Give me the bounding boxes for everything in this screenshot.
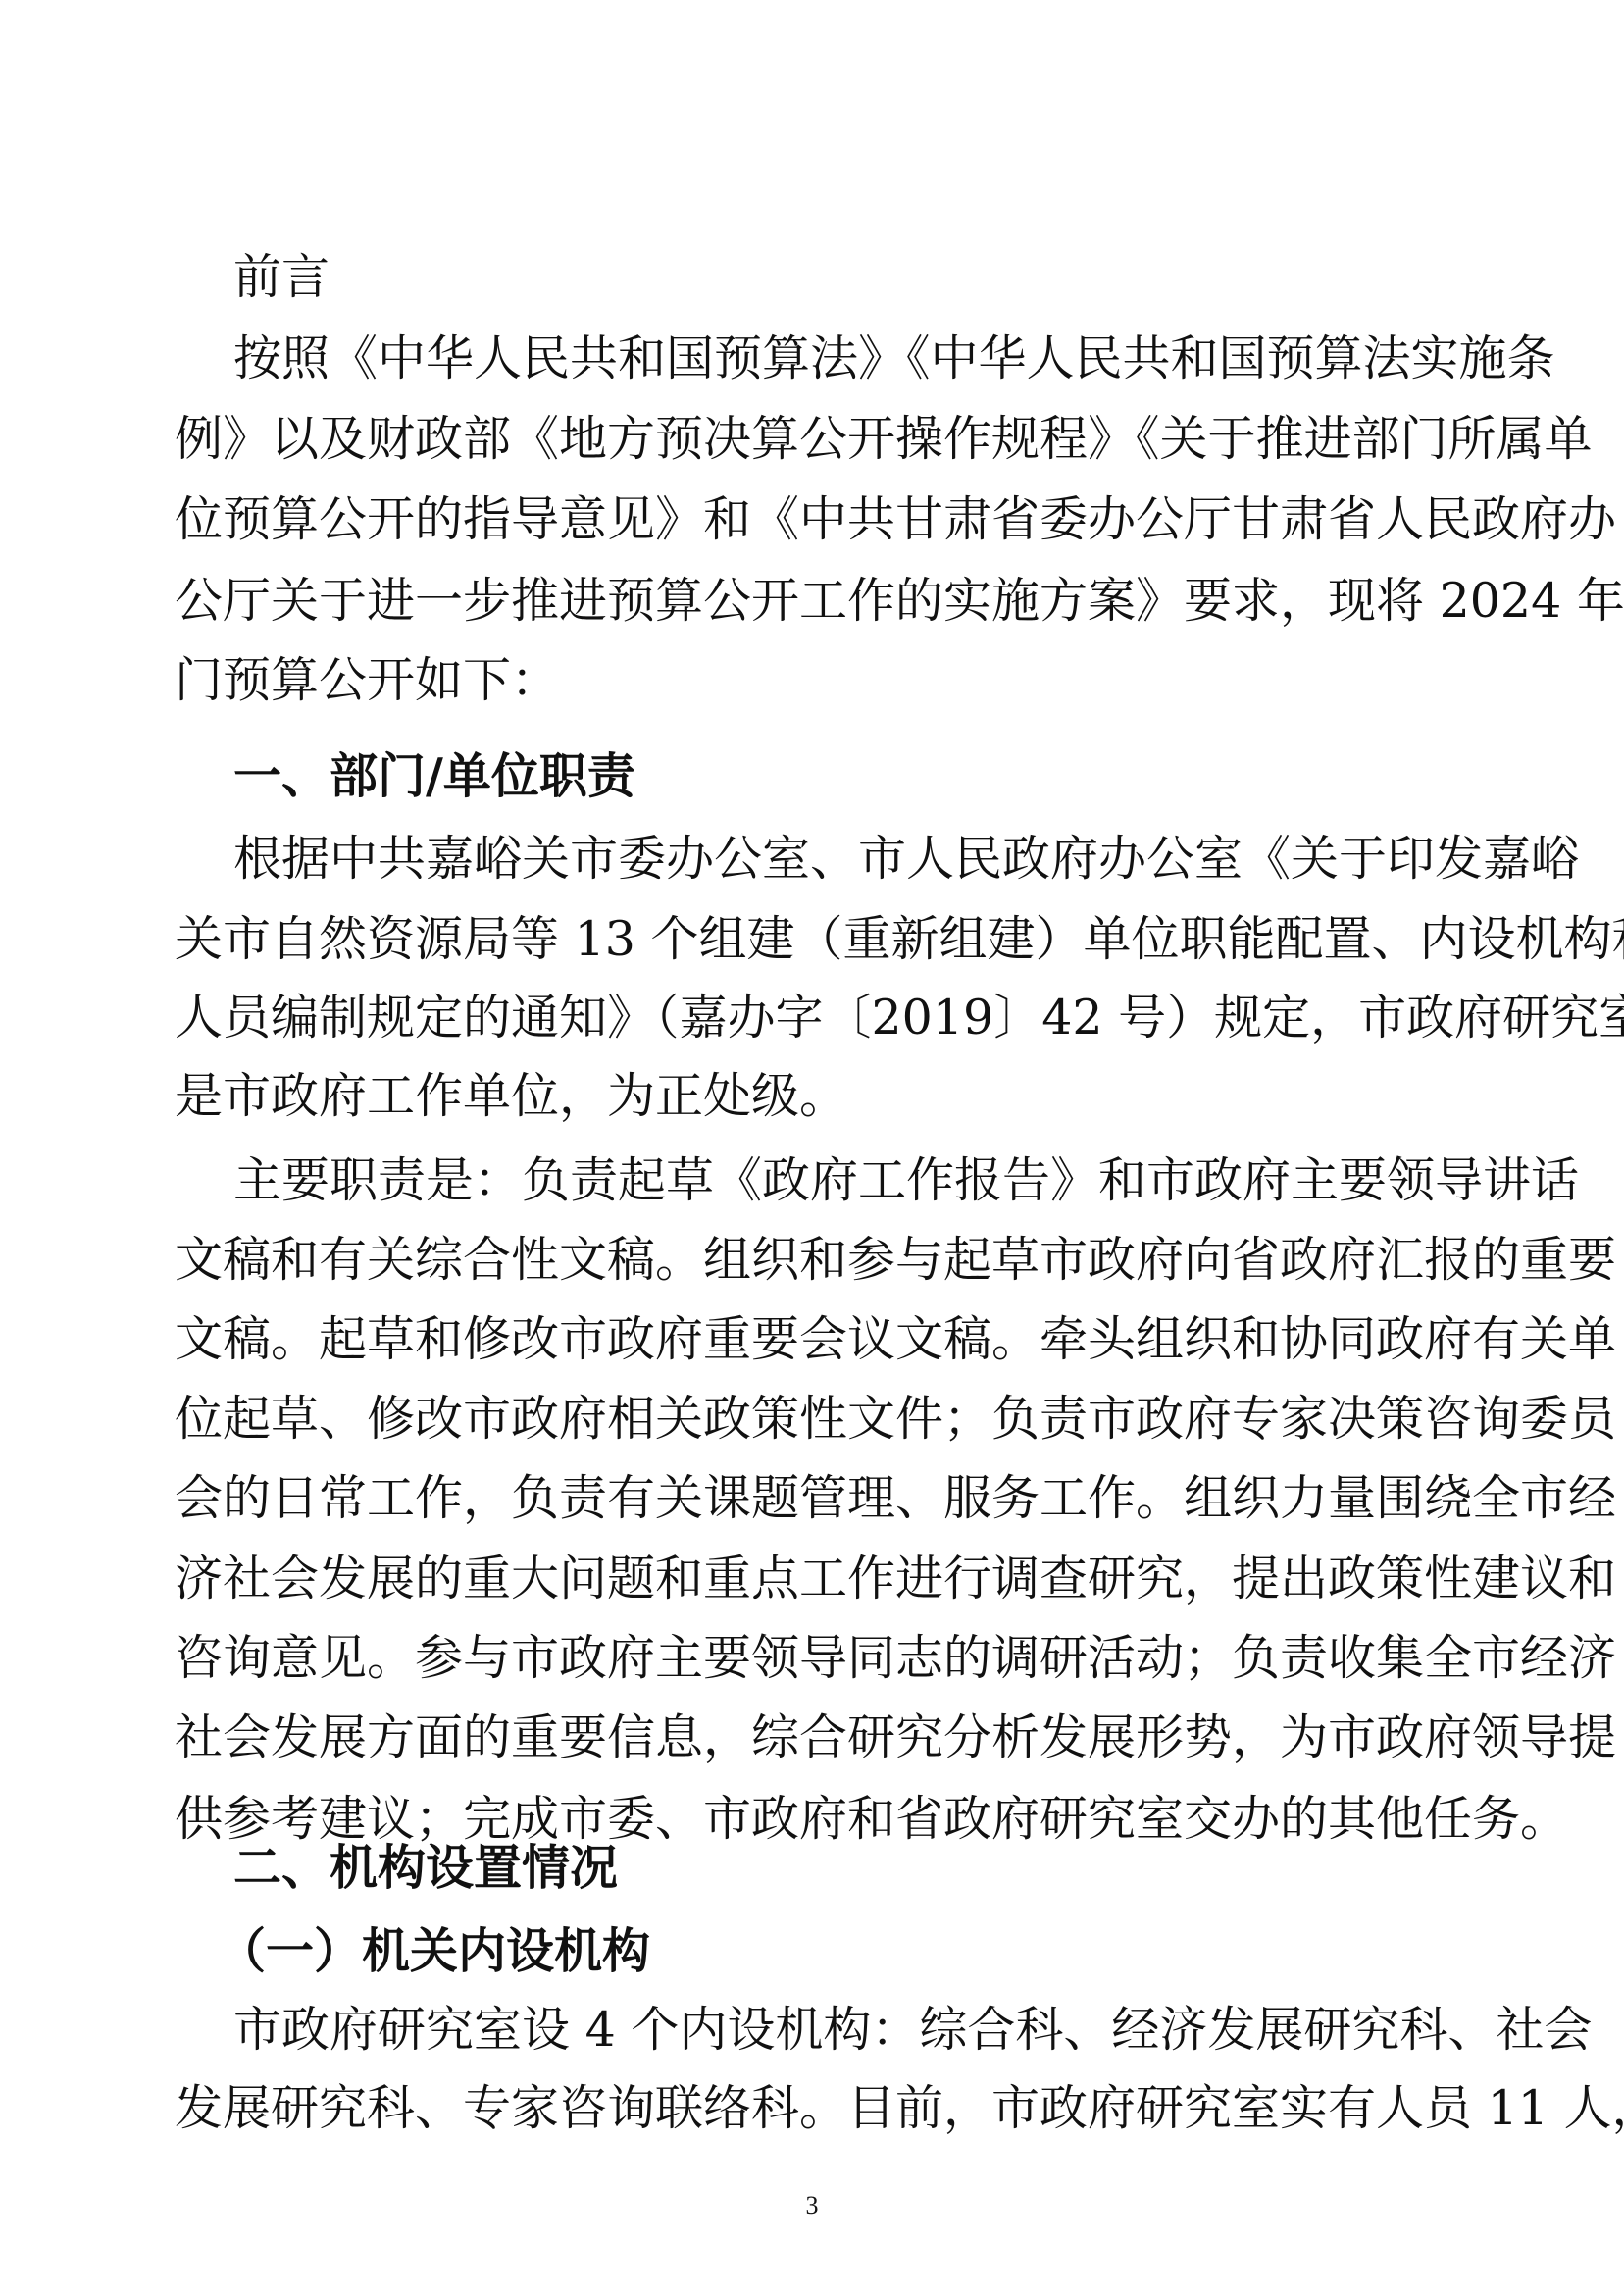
paragraph-line: 咨询意见。参与市政府主要领导同志的调研活动；负责收集全市经济: [175, 1629, 1473, 1688]
preface-line: 位预算公开的指导意见》和《中共甘肃省委办公厅甘肃省人民政府办: [175, 490, 1473, 549]
paragraph-line: 主要职责是：负责起草《政府工作报告》和市政府主要领导讲话: [233, 1151, 1473, 1210]
paragraph-line: 文稿和有关综合性文稿。组织和参与起草市政府向省政府汇报的重要: [175, 1231, 1473, 1290]
paragraph-line: 根据中共嘉峪关市委办公室、市人民政府办公室《关于印发嘉峪: [233, 830, 1473, 889]
paragraph-line: 是市政府工作单位，为正处级。: [175, 1067, 1473, 1126]
paragraph-line: 会的日常工作，负责有关课题管理、服务工作。组织力量围绕全市经: [175, 1469, 1473, 1528]
paragraph-line: 济社会发展的重大问题和重点工作进行调查研究，提出政策性建议和: [175, 1550, 1473, 1608]
paragraph-line: 文稿。起草和修改市政府重要会议文稿。牵头组织和协同政府有关单: [175, 1310, 1473, 1369]
page-number: 3: [0, 2191, 1624, 2220]
preface-line: 例》以及财政部《地方预决算公开操作规程》《关于推进部门所属单: [175, 410, 1473, 469]
paragraph-line: 关市自然资源局等 13 个组建（重新组建）单位职能配置、内设机构和: [175, 910, 1473, 969]
paragraph-line: 社会发展方面的重要信息，综合研究分析发展形势，为市政府领导提: [175, 1708, 1473, 1767]
section-heading-2: 二、机构设置情况: [233, 1839, 1473, 1898]
preface-line: 门预算公开如下：: [175, 651, 1473, 710]
section-heading-1: 一、部门/单位职责: [233, 747, 1473, 806]
preface-title: 前言: [233, 248, 1473, 307]
paragraph-line: 发展研究科、专家咨询联络科。目前，市政府研究室实有人员 11 人，: [175, 2079, 1473, 2138]
paragraph-line: 人员编制规定的通知》（嘉办字〔2019〕42 号）规定，市政府研究室: [175, 989, 1473, 1047]
paragraph-line: 位起草、修改市政府相关政策性文件；负责市政府专家决策咨询委员: [175, 1390, 1473, 1449]
preface-line: 公厅关于进一步推进预算公开工作的实施方案》要求，现将 2024 年部: [175, 572, 1473, 631]
paragraph-line: 市政府研究室设 4 个内设机构：综合科、经济发展研究科、社会: [233, 2001, 1473, 2060]
preface-line: 按照《中华人民共和国预算法》《中华人民共和国预算法实施条: [233, 330, 1473, 388]
subsection-heading: （一）机关内设机构: [218, 1922, 1516, 1981]
